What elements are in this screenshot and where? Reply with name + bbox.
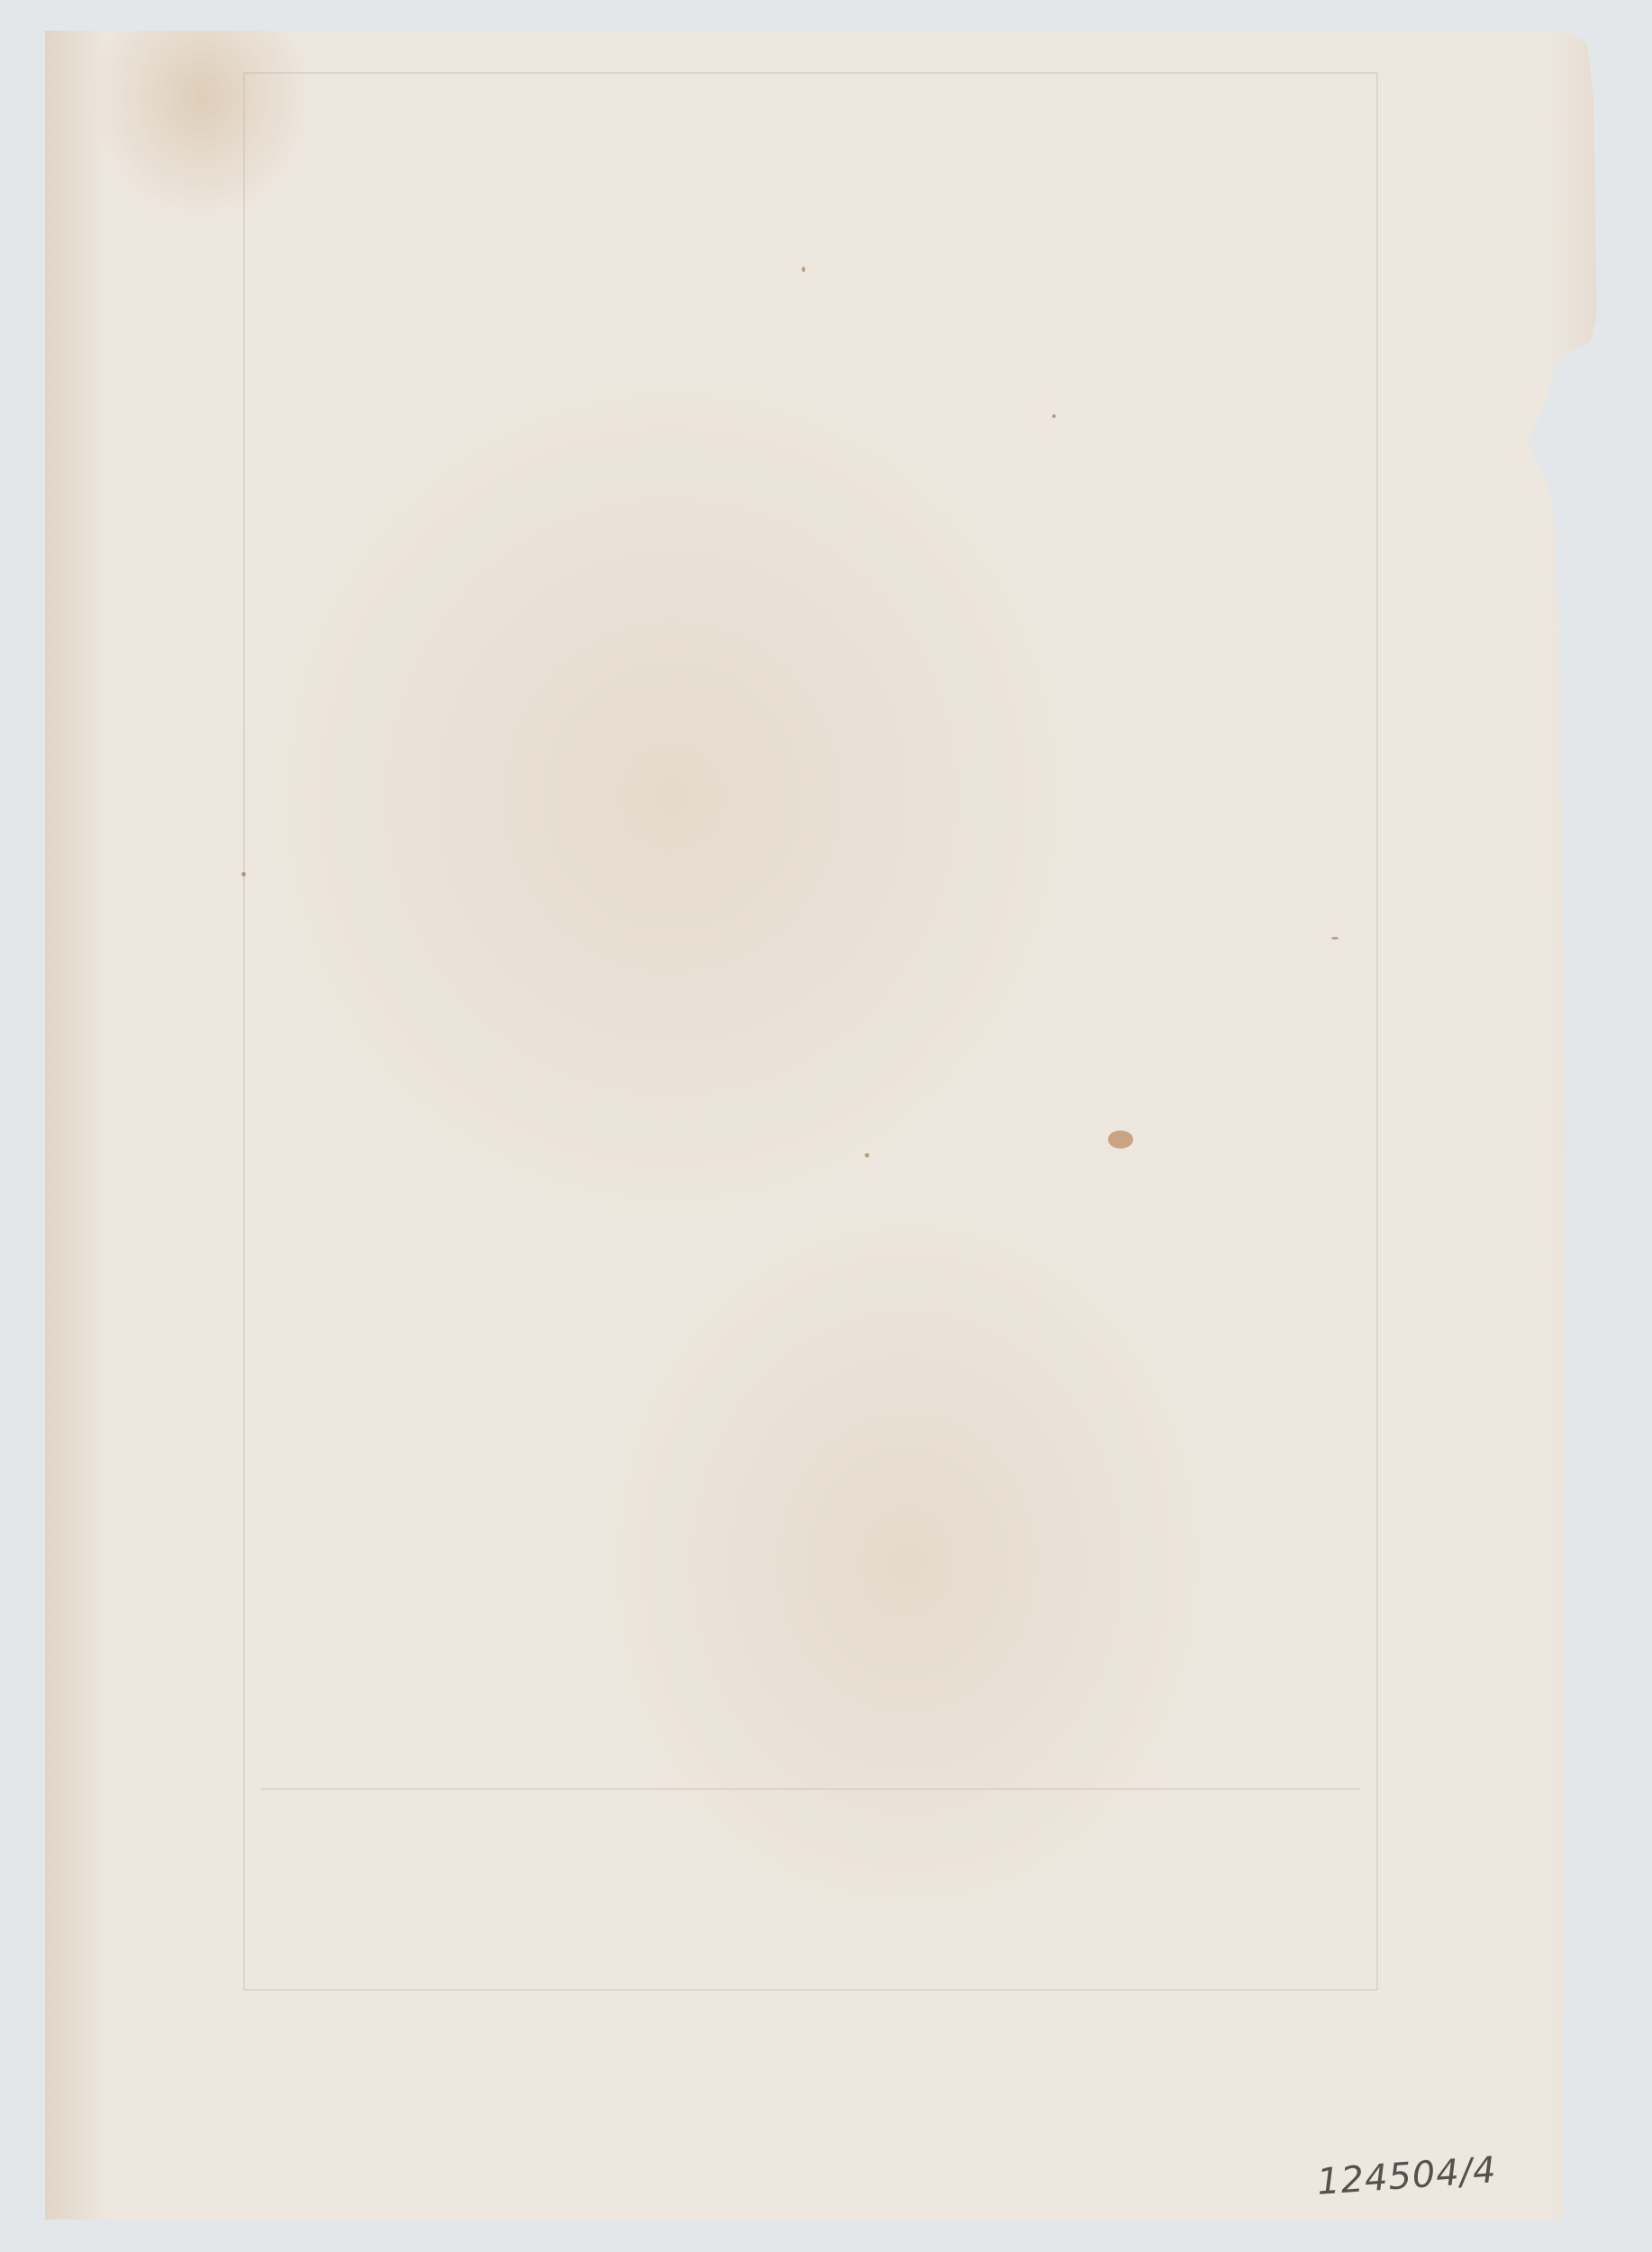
foxing-spot (1052, 414, 1056, 418)
foxing-spot (241, 872, 246, 876)
plate-mark-title-area (261, 1788, 1360, 1991)
foxing-spot (1331, 937, 1339, 940)
foxing-spot (802, 267, 805, 272)
plate-mark-border (243, 72, 1378, 1991)
foxing-spot (865, 1153, 869, 1158)
stain-spot (1108, 1131, 1133, 1149)
